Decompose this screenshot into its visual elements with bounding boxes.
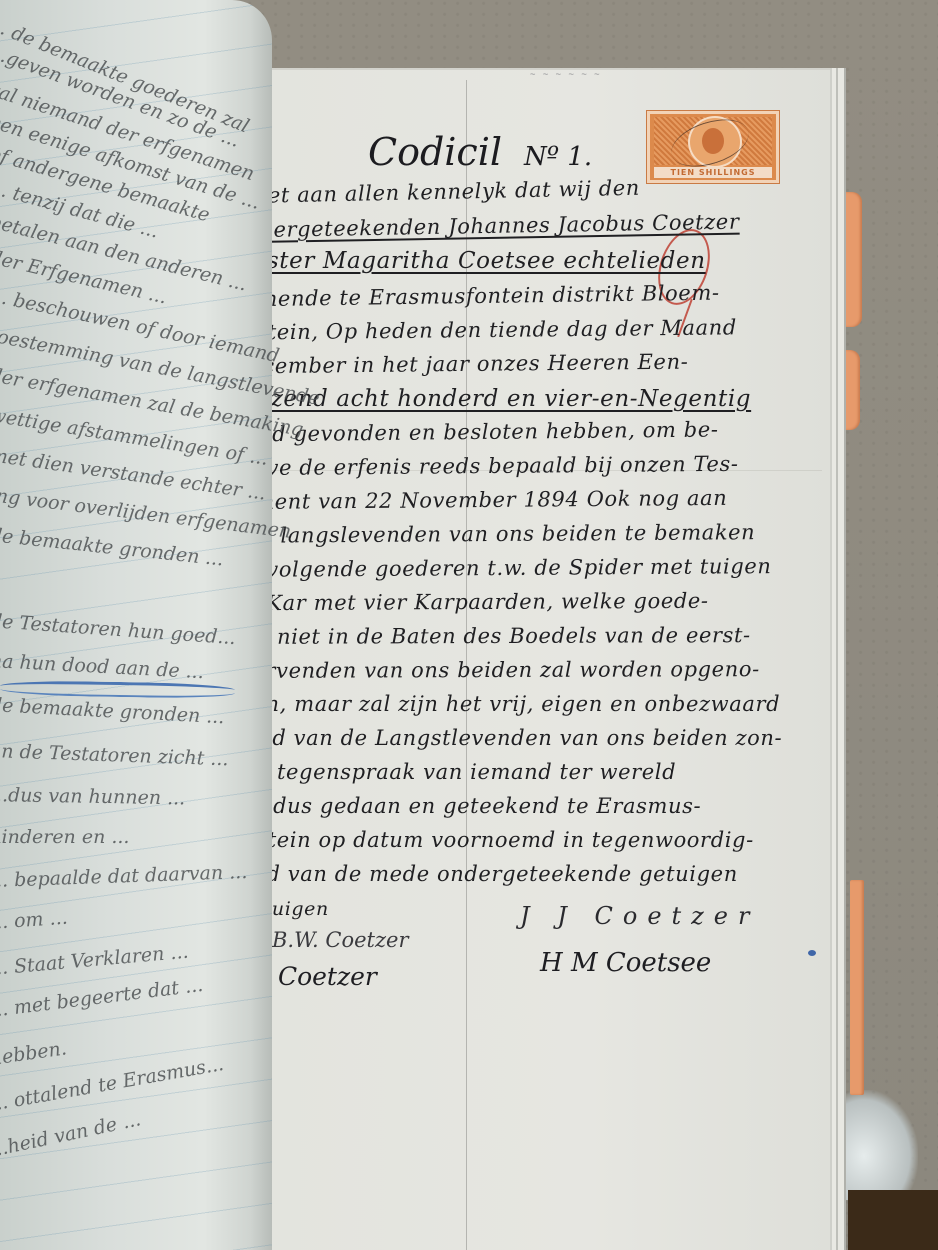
text-line: Hester Magaritha Coetsee echtelieden bbox=[232, 248, 706, 274]
orange-tab bbox=[842, 350, 860, 430]
text-line: halve de erfenis reeds bepaald bij onzen… bbox=[232, 452, 739, 480]
revenue-stamp: TIEN SHILLINGS bbox=[647, 111, 779, 183]
title-number: Nº 1. bbox=[524, 142, 592, 172]
text-line: ren niet in de Baten des Boedels van de … bbox=[232, 623, 751, 649]
signature-witness-1: B.W. Coetzer bbox=[272, 928, 408, 952]
text-line: goed van de Langstlevenden van ons beide… bbox=[232, 726, 782, 750]
text-line: Aldus gedaan en geteekend te Erasmus- bbox=[250, 794, 701, 818]
stamp-label: TIEN SHILLINGS bbox=[654, 167, 772, 178]
text-line: de Kar met vier Karpaarden, welke goede- bbox=[232, 589, 709, 615]
orange-tab bbox=[836, 192, 862, 327]
wooden-surface bbox=[848, 1190, 938, 1250]
document-title: CodicilNº 1. bbox=[368, 130, 592, 174]
text-line: den langslevenden van ons beiden te bema… bbox=[232, 520, 755, 548]
cloth bbox=[828, 1090, 918, 1200]
text-line: December in het jaar onzes Heeren Een- bbox=[232, 350, 689, 379]
orange-tab bbox=[850, 880, 864, 1095]
text-line: fontein op datum voornoemd in tegenwoord… bbox=[232, 828, 754, 852]
text-line: men, maar zal zijn het vrij, eigen en on… bbox=[232, 692, 780, 716]
left-page-line: ...dus van hunnen ... bbox=[0, 784, 185, 809]
signature-testator-2: H M Coetsee bbox=[540, 948, 711, 978]
text-line: heid van de mede ondergeteekende getuige… bbox=[232, 862, 738, 886]
text-line: tament van 22 November 1894 Ook nog aan bbox=[232, 486, 728, 514]
text-line: der tegenspraak van iemand ter wereld bbox=[232, 760, 676, 784]
blue-ink-spot bbox=[808, 950, 816, 956]
text-line: heed gevonden en besloten hebben, om be- bbox=[232, 417, 719, 446]
signature-testator-1: J J Coetzer bbox=[520, 902, 759, 930]
title-text: Codicil bbox=[368, 130, 502, 174]
faint-marking: ~ ~ ~ ~ ~ ~ bbox=[530, 70, 601, 80]
text-line: de volgende goederen t.w. de Spider met … bbox=[232, 554, 772, 582]
text-line: stervenden van ons beiden zal worden opg… bbox=[232, 657, 760, 683]
left-page-line: kinderen en ... bbox=[0, 826, 129, 848]
